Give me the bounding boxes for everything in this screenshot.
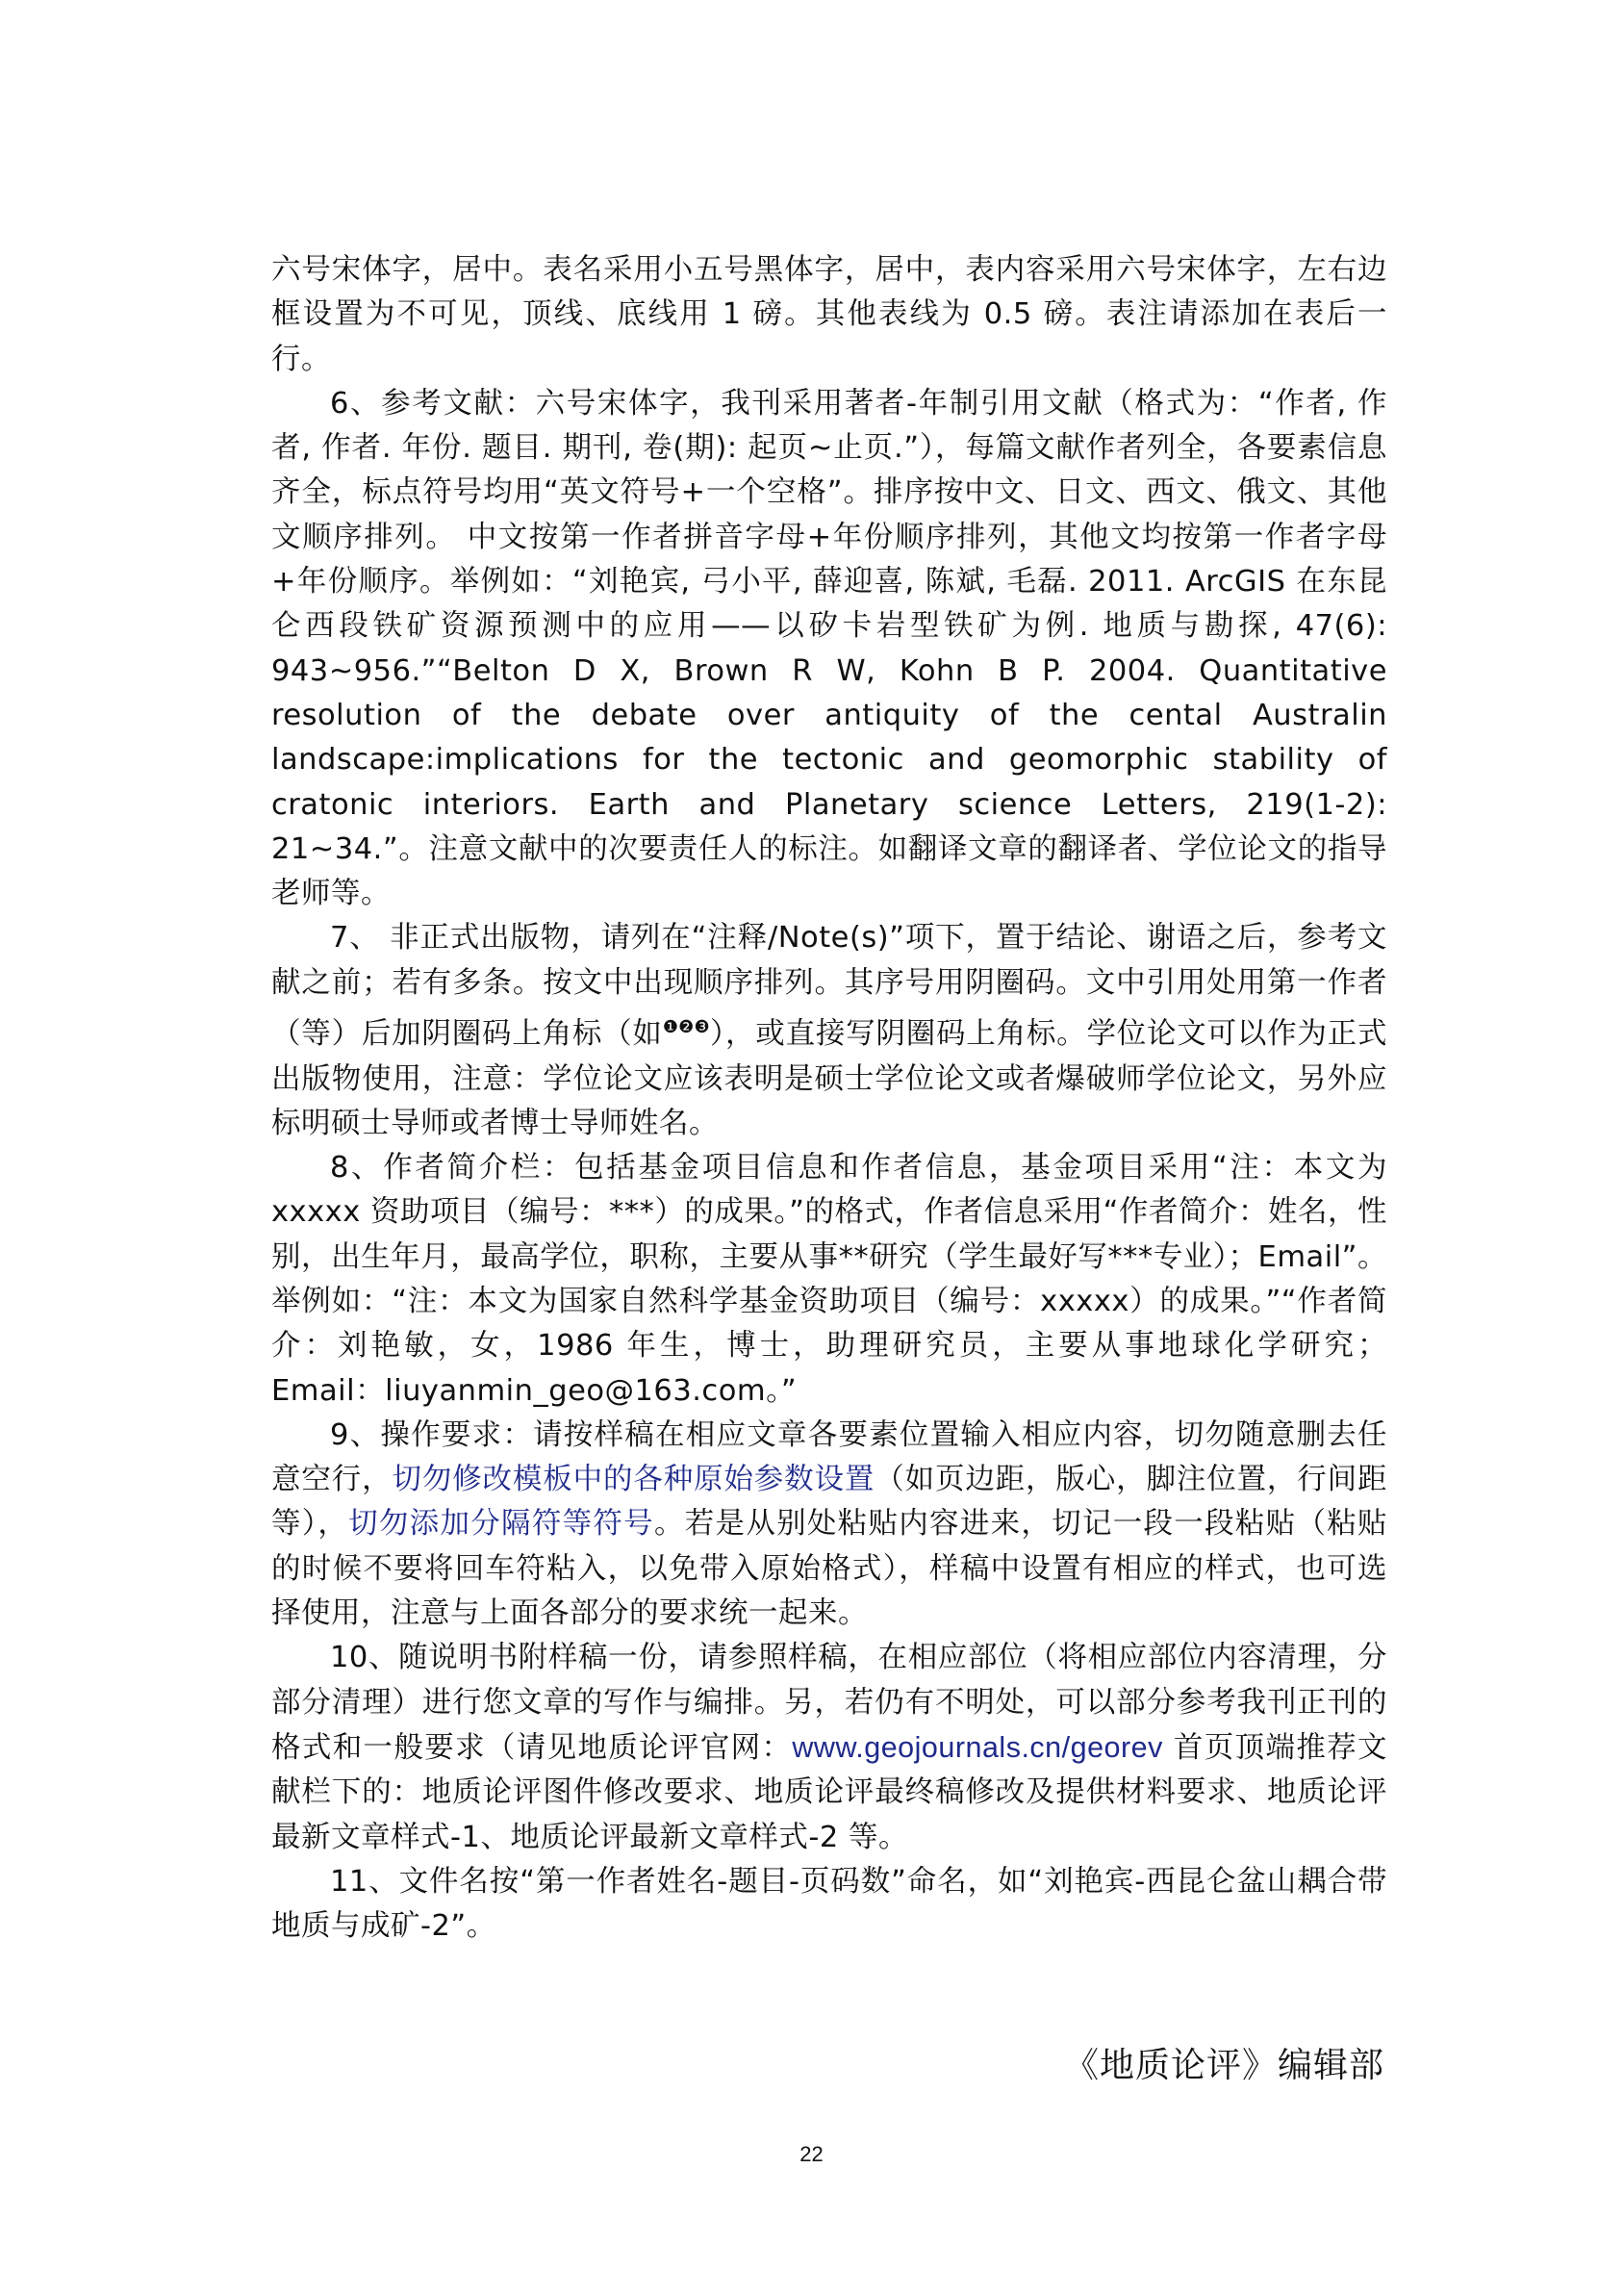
paragraph-file-naming: 11、文件名按“第一作者姓名-题目-页码数”命名，如“刘艳宾-西昆仑盆山耦合带地… [271,1860,1387,1950]
highlighted-warning-text: 切勿修改模板中的各种原始参数设置 [392,1463,875,1496]
website-link[interactable]: www.geojournals.cn/georev [792,1731,1163,1764]
paragraph-author-bio: 8、作者简介栏：包括基金项目信息和作者信息，基金项目采用“注：本文为 xxxxx… [271,1146,1387,1414]
paragraph-sample-manuscript: 10、随说明书附样稿一份，请参照样稿，在相应部位（将相应部位内容清理，分部分清理… [271,1636,1387,1859]
paragraph-operation-requirements: 9、操作要求：请按样稿在相应文章各要素位置输入相应内容，切勿随意删去任意空行，切… [271,1414,1387,1636]
paragraph-table-format-continued: 六号宋体字，居中。表名采用小五号黑体字，居中，表内容采用六号宋体字，左右边框设置… [271,248,1387,382]
page-number: 22 [0,2142,1623,2167]
circled-numbers-superscript: ❶❷❸ [663,1017,710,1037]
signature-editorial-office: 《地质论评》编辑部 [1064,2038,1384,2087]
document-body: 六号宋体字，居中。表名采用小五号黑体字，居中，表内容采用六号宋体字，左右边框设置… [271,248,1387,1949]
paragraph-text: 11、文件名按“第一作者姓名-题目-页码数”命名，如“刘艳宾-西昆仑盆山耦合带地… [271,1865,1387,1943]
paragraph-text: 六号宋体字，居中。表名采用小五号黑体字，居中，表内容采用六号宋体字，左右边框设置… [271,253,1387,376]
highlighted-warning-text: 切勿添加分隔符等符号 [348,1507,654,1541]
paragraph-text: 8、作者简介栏：包括基金项目信息和作者信息，基金项目采用“注：本文为 xxxxx… [271,1151,1387,1407]
paragraph-informal-publications: 7、 非正式出版物，请列在“注释/Note(s)”项下，置于结论、谢语之后，参考… [271,916,1387,1146]
paragraph-text: 6、参考文献：六号宋体字，我刊采用著者-年制引用文献（格式为：“作者, 作者, … [271,387,1387,910]
paragraph-references: 6、参考文献：六号宋体字，我刊采用著者-年制引用文献（格式为：“作者, 作者, … [271,382,1387,917]
